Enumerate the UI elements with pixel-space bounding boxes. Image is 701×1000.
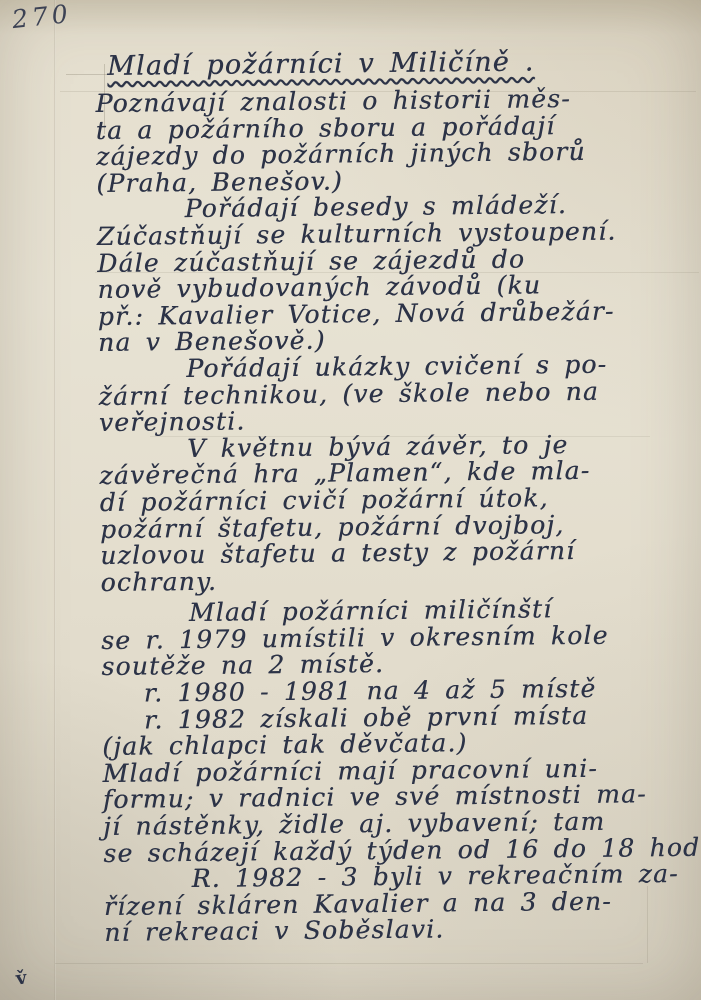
handwritten-line: ní rekreaci v Soběslavi. — [104, 914, 684, 947]
handwritten-line: žární technikou, (ve škole nebo na — [98, 377, 678, 410]
handwritten-line: př.: Kavalier Votice, Nová drůbežár- — [98, 298, 678, 331]
page-number: 270 — [11, 0, 73, 34]
section-title: Mladí požárníci v Miličíně . — [95, 44, 675, 91]
handwritten-text-block: Mladí požárníci v Miličíně . Poznávají z… — [95, 44, 684, 947]
section-title-text: Mladí požárníci v Miličíně . — [107, 46, 535, 81]
handwritten-line: se r. 1979 umístili v okresním kole — [101, 622, 681, 655]
scanned-chronicle-page: 270 Mladí požárníci v Miličíně . Poznáva… — [0, 0, 701, 1000]
handwritten-line: ochrany. — [100, 564, 680, 597]
corner-check-mark: v̌ — [15, 967, 28, 989]
pencil-guideline — [55, 963, 643, 964]
page-crease-line — [54, 0, 56, 1000]
